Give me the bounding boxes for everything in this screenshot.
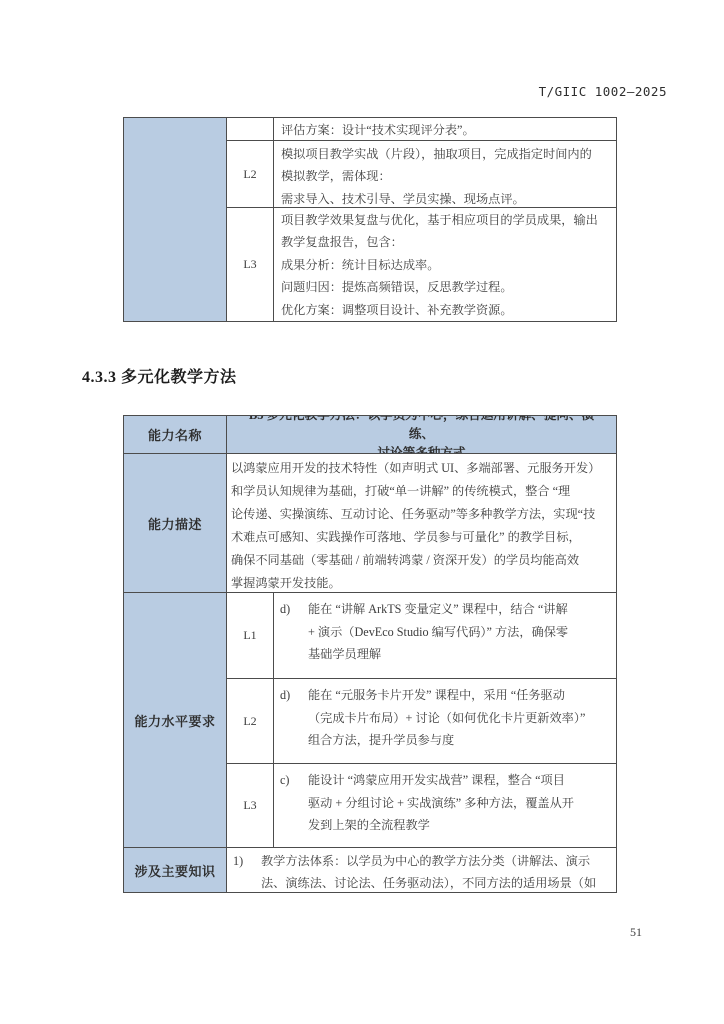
row-label-related-knowledge: 涉及主要知识	[124, 848, 226, 892]
list-marker: c)	[280, 769, 308, 792]
level-cell-l1: L1	[227, 593, 273, 678]
standard-code-header: T/GIIC 1002—2025	[539, 84, 667, 99]
row-label-capability-level-requirements: 能力水平要求	[124, 593, 226, 847]
list-marker: d)	[280, 598, 308, 621]
row-label-capability-description: 能力描述	[124, 454, 226, 592]
requirement-text-cell: 评估方案：设计“技术实现评分表”。	[274, 118, 616, 140]
level-l3-requirement: c) 能设计 “鸿蒙应用开发实战营” 课程，整合 “项目 驱动 + 分组讨论 +…	[274, 764, 616, 847]
requirement-text: 能在 “讲解 ArkTS 变量定义” 课程中，结合 “讲解 + 演示（DevEc…	[308, 598, 610, 666]
document-page: T/GIIC 1002—2025 评估方案：设计“技术实现评分表”。 L2 模拟…	[0, 0, 724, 1024]
section-heading: 4.3.3 多元化教学方法	[82, 364, 237, 387]
capability-name-value: B3 多元化教学方法：以学员为中心，综合运用讲解、提问、演练、 讨论等多种方式	[227, 416, 616, 453]
level-cell-l2: L2	[227, 679, 273, 763]
capability-description-text: 以鸿蒙应用开发的技术特性（如声明式 UI、多端部署、元服务开发） 和学员认知规律…	[227, 454, 616, 592]
requirement-text-cell: 模拟项目教学实战（片段），抽取项目，完成指定时间内的 模拟教学，需体现： 需求导…	[274, 141, 616, 207]
requirement-text-cell: 项目教学效果复盘与优化，基于相应项目的学员成果，输出 教学复盘报告，包含： 成果…	[274, 208, 616, 321]
level-l1-requirement: d) 能在 “讲解 ArkTS 变量定义” 课程中，结合 “讲解 + 演示（De…	[274, 593, 616, 678]
level-cell-blank	[227, 118, 273, 140]
competency-table: 能力名称 B3 多元化教学方法：以学员为中心，综合运用讲解、提问、演练、 讨论等…	[123, 415, 617, 893]
capability-table-continued: 评估方案：设计“技术实现评分表”。 L2 模拟项目教学实战（片段），抽取项目，完…	[123, 117, 617, 322]
row-label-capability-name: 能力名称	[124, 416, 226, 453]
related-knowledge-text: 1) 教学方法体系：以学员为中心的教学方法分类（讲解法、演示 法、演练法、讨论法…	[227, 848, 616, 892]
page-number: 51	[630, 925, 642, 940]
level-cell-l3: L3	[227, 764, 273, 847]
level-cell-l3: L3	[227, 208, 273, 321]
list-marker: d)	[280, 684, 308, 707]
continued-rowspan-cell	[124, 118, 226, 321]
requirement-text: 能设计 “鸿蒙应用开发实战营” 课程，整合 “项目 驱动 + 分组讨论 + 实战…	[308, 769, 610, 837]
requirement-text: 能在 “元服务卡片开发” 课程中，采用 “任务驱动 （完成卡片布局）+ 讨论（如…	[308, 684, 610, 752]
knowledge-text: 教学方法体系：以学员为中心的教学方法分类（讲解法、演示 法、演练法、讨论法、任务…	[261, 850, 610, 892]
list-marker: 1)	[233, 850, 261, 872]
level-cell-l2: L2	[227, 141, 273, 207]
level-l2-requirement: d) 能在 “元服务卡片开发” 课程中，采用 “任务驱动 （完成卡片布局）+ 讨…	[274, 679, 616, 763]
